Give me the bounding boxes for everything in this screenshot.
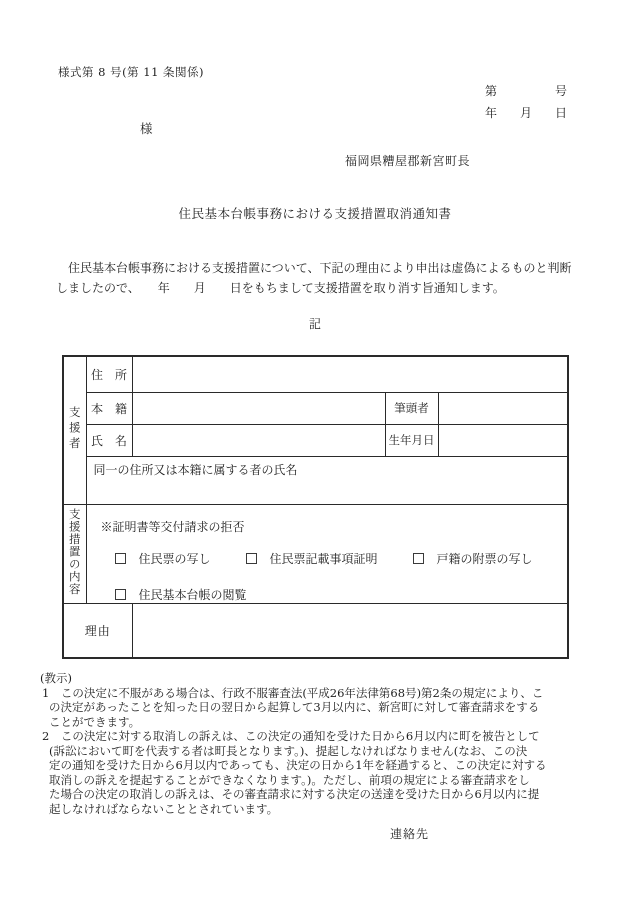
- address-label: 住 所: [86, 356, 132, 392]
- reason-value-cell[interactable]: [132, 603, 568, 658]
- record-marker: 記: [0, 315, 630, 332]
- document-number-line: 第 号: [485, 82, 567, 99]
- year-label: 年: [485, 104, 497, 121]
- domicile-value-cell[interactable]: [132, 392, 385, 424]
- doc-number-suffix: 号: [555, 82, 567, 99]
- option-resident-items-cert-label: 住民票記載事項証明: [270, 550, 378, 567]
- document-page: 様式第 8 号(第 11 条関係) 第 号 年 月 日 様 福岡県糟屋郡新宮町長…: [0, 0, 630, 903]
- instruction-notes: (教示) 1 この決定に不服がある場合は、行政不服審査法(平成26年法律第68号…: [40, 671, 600, 816]
- sender-title: 福岡県糟屋郡新宮町長: [345, 152, 470, 169]
- form-number-label: 様式第 8 号(第 11 条関係): [58, 64, 204, 80]
- note-item-2: 2 この決定に対する取消しの訴えは、この決定の通知を受けた日から6月以内に町を被…: [40, 729, 600, 816]
- option-family-register-copy: 戸籍の附票の写し: [413, 550, 533, 567]
- birthdate-label: 生年月日: [385, 424, 438, 456]
- doc-number-prefix: 第: [485, 82, 497, 99]
- domicile-label: 本 籍: [86, 392, 132, 424]
- note-item-1: 1 この決定に不服がある場合は、行政不服審査法(平成26年法律第68号)第2条の…: [40, 686, 600, 730]
- supporter-vertical-header: 支援者: [63, 356, 86, 504]
- option-register-inspection: 住民基本台帳の閲覧: [115, 586, 247, 603]
- reason-label: 理由: [63, 603, 132, 658]
- option-resident-copy-label: 住民票の写し: [139, 550, 211, 567]
- contact-label: 連絡先: [390, 825, 429, 842]
- checkbox-row-2: 住民基本台帳の閲覧: [115, 586, 568, 603]
- day-label: 日: [555, 104, 567, 121]
- checkbox-resident-items-cert-icon[interactable]: [246, 553, 257, 564]
- address-value-cell[interactable]: [132, 356, 568, 392]
- same-household-cell[interactable]: 同一の住所又は本籍に属する者の氏名: [86, 456, 568, 504]
- checkbox-family-register-copy-icon[interactable]: [413, 553, 424, 564]
- option-register-inspection-label: 住民基本台帳の閲覧: [139, 586, 247, 603]
- body-paragraph: 住民基本台帳事務における支援措置について、下記の理由により申出は虚偽によるものと…: [56, 258, 616, 298]
- measures-content-cell: ※証明書等交付請求の拒否 住民票の写し 住民票記載事項証明 戸籍の附票の写し: [86, 504, 568, 603]
- option-resident-items-cert: 住民票記載事項証明: [246, 550, 378, 567]
- month-label: 月: [520, 104, 532, 121]
- certificate-refusal-note: ※証明書等交付請求の拒否: [101, 518, 568, 535]
- checkbox-row-1: 住民票の写し 住民票記載事項証明 戸籍の附票の写し: [115, 550, 568, 567]
- checkbox-resident-copy-icon[interactable]: [115, 553, 126, 564]
- date-line: 年 月 日: [485, 104, 567, 121]
- same-household-label: 同一の住所又は本籍に属する者の氏名: [87, 457, 568, 482]
- support-measures-table: 支援者 住 所 本 籍 筆頭者 氏 名 生年月日 同一の住所又は本籍に属する者の…: [62, 355, 569, 659]
- recipient-honorific: 様: [140, 119, 153, 137]
- document-title: 住民基本台帳事務における支援措置取消通知書: [0, 204, 630, 222]
- head-of-family-value-cell[interactable]: [438, 392, 568, 424]
- measures-vertical-header: 支援措置の内容: [63, 504, 86, 603]
- name-label: 氏 名: [86, 424, 132, 456]
- notes-heading: (教示): [40, 671, 600, 686]
- head-of-family-label: 筆頭者: [385, 392, 438, 424]
- birthdate-value-cell[interactable]: [438, 424, 568, 456]
- option-family-register-copy-label: 戸籍の附票の写し: [437, 550, 533, 567]
- option-resident-copy: 住民票の写し: [115, 550, 211, 567]
- checkbox-register-inspection-icon[interactable]: [115, 589, 126, 600]
- name-value-cell[interactable]: [132, 424, 385, 456]
